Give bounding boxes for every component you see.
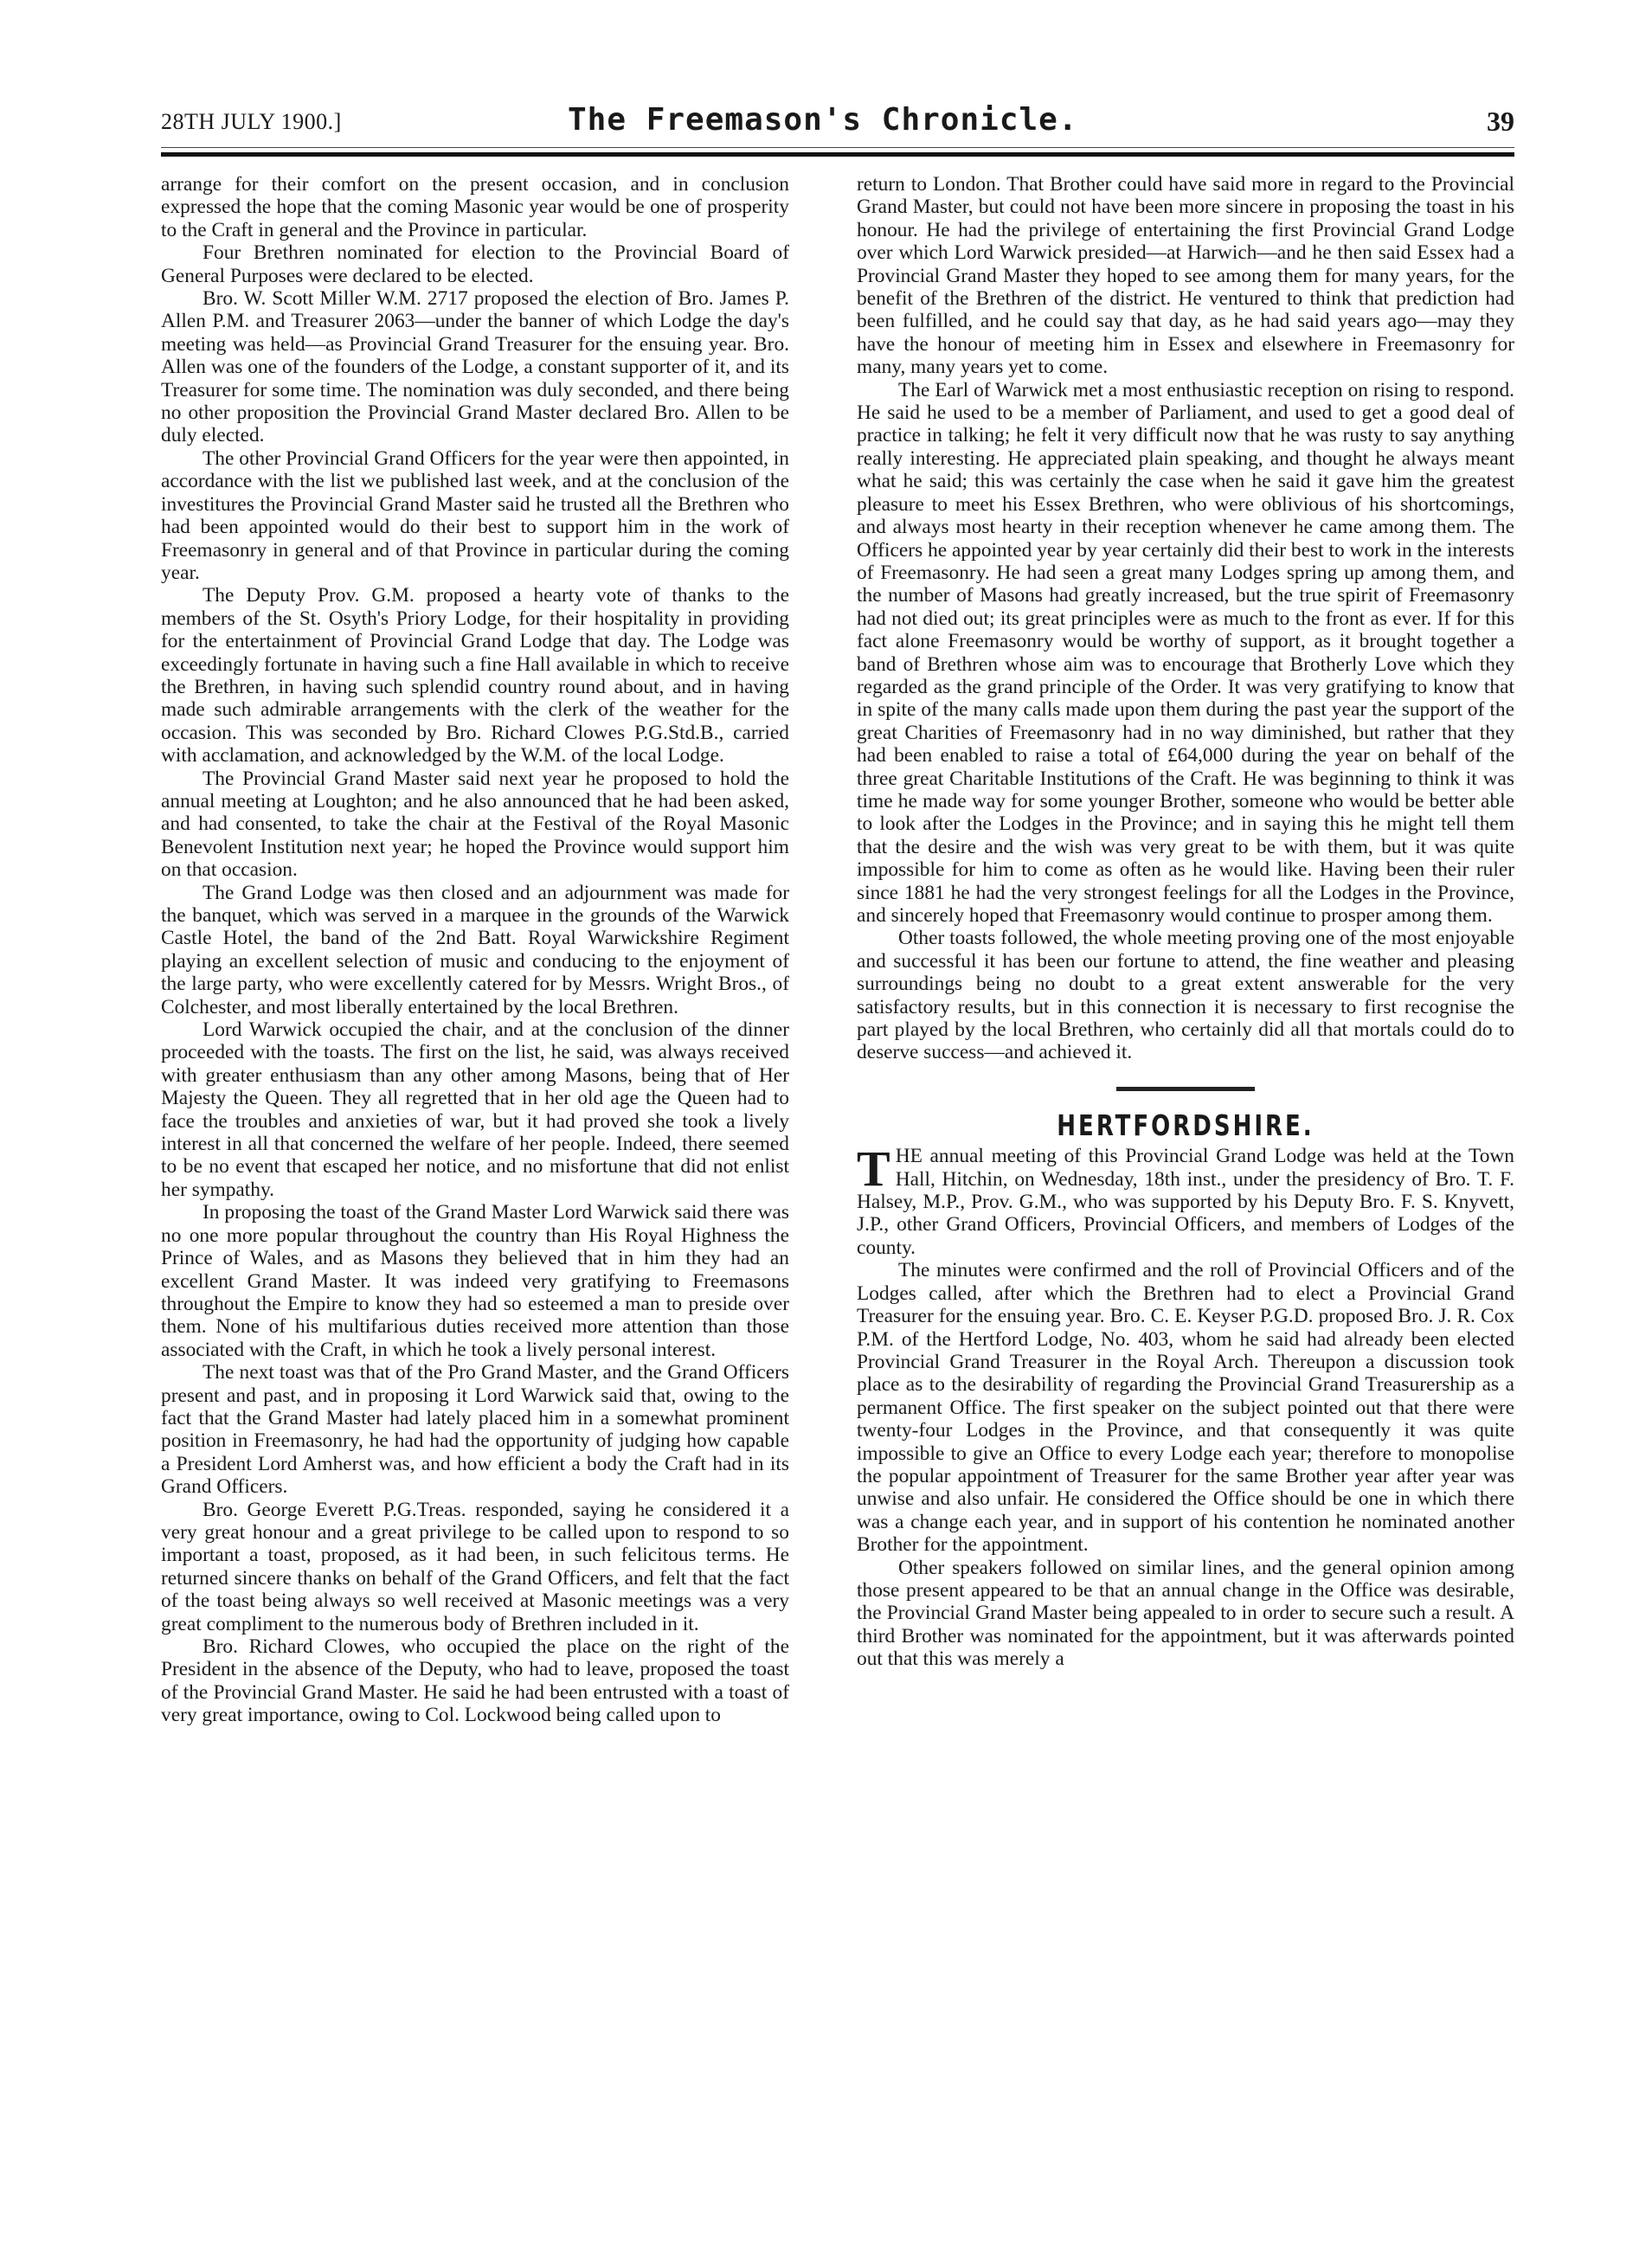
paragraph: arrange for their comfort on the present… bbox=[161, 173, 789, 241]
paragraph: Four Brethren nominated for election to … bbox=[161, 241, 789, 287]
publication-title: The Freemason's Chronicle. bbox=[568, 102, 1078, 138]
lead-text: HE annual meeting of this Provincial Gra… bbox=[857, 1145, 1514, 1259]
paragraph: return to London. That Brother could hav… bbox=[857, 173, 1514, 379]
paragraph: Other toasts followed, the whole meeting… bbox=[857, 927, 1514, 1063]
left-column: arrange for their comfort on the present… bbox=[161, 173, 789, 1727]
paragraph: In proposing the toast of the Grand Mast… bbox=[161, 1201, 789, 1361]
section-divider bbox=[1116, 1087, 1255, 1091]
section-heading: HERTFORDSHIRE. bbox=[857, 1113, 1514, 1141]
right-column: return to London. That Brother could hav… bbox=[857, 173, 1514, 1671]
paragraph: The next toast was that of the Pro Grand… bbox=[161, 1361, 789, 1498]
paragraph: Bro. W. Scott Miller W.M. 2717 proposed … bbox=[161, 287, 789, 447]
header-rule bbox=[161, 152, 1514, 157]
paragraph: The other Provincial Grand Officers for … bbox=[161, 447, 789, 584]
section-lead-paragraph: THE annual meeting of this Provincial Gr… bbox=[857, 1145, 1514, 1259]
drop-cap: T bbox=[857, 1148, 890, 1190]
paragraph: The Grand Lodge was then closed and an a… bbox=[161, 882, 789, 1018]
paragraph: Other speakers followed on similar lines… bbox=[857, 1557, 1514, 1671]
paragraph: The Earl of Warwick met a most enthusias… bbox=[857, 379, 1514, 928]
paragraph: The Provincial Grand Master said next ye… bbox=[161, 768, 789, 882]
paragraph: The Deputy Prov. G.M. proposed a hearty … bbox=[161, 584, 789, 767]
paragraph: The minutes were confirmed and the roll … bbox=[857, 1259, 1514, 1556]
page-number: 39 bbox=[1487, 106, 1514, 138]
header-rule-thin bbox=[161, 147, 1514, 148]
page-header: 28TH JULY 1900.] The Freemason's Chronic… bbox=[161, 102, 1514, 144]
issue-date: 28TH JULY 1900.] bbox=[161, 109, 342, 135]
paragraph: Bro. Richard Clowes, who occupied the pl… bbox=[161, 1635, 789, 1727]
paragraph: Bro. George Everett P.G.Treas. responded… bbox=[161, 1499, 789, 1635]
paragraph: Lord Warwick occupied the chair, and at … bbox=[161, 1018, 789, 1201]
